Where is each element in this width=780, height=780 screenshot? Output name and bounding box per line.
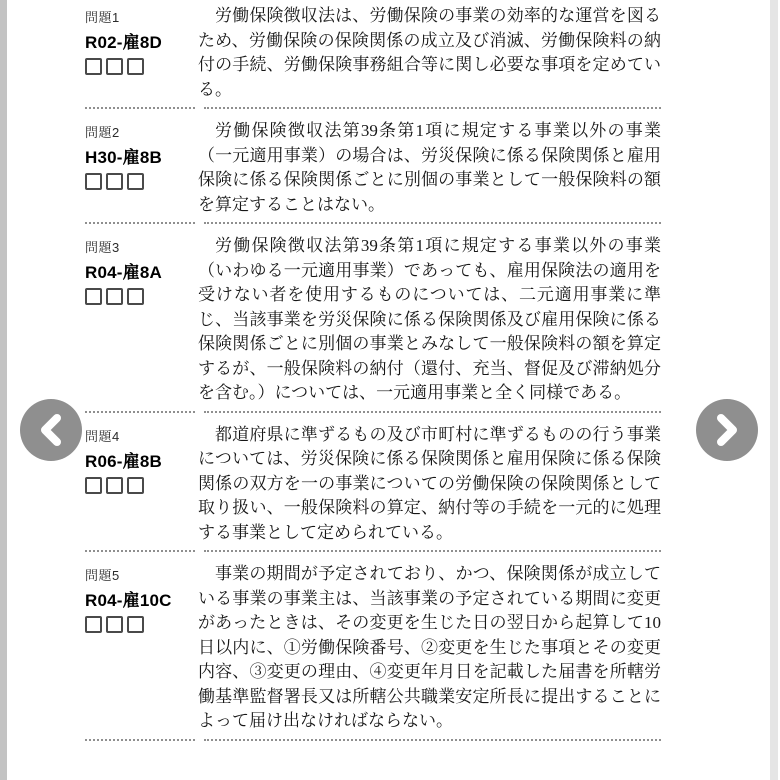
page-edge-left [0, 0, 7, 780]
dotted-separator [85, 107, 661, 110]
answer-checkbox[interactable] [127, 58, 144, 75]
next-page-button[interactable] [696, 399, 758, 461]
answer-checkbox[interactable] [127, 477, 144, 494]
answer-checkbox[interactable] [85, 288, 102, 305]
question-text: 労働保険徴収法第39条第1項に規定する事業以外の事業（一元適用事業）の場合は、労… [198, 119, 661, 217]
answer-checkbox-group [85, 173, 198, 190]
question-number-label: 問題4 [85, 426, 198, 445]
exam-code-label: R02-雇8D [85, 28, 198, 53]
question-number-label: 問題5 [85, 565, 198, 584]
question-meta: 問題4 R06-雇8B [85, 423, 198, 494]
question-block-3: 問題3 R04-雇8A 労働保険徴収法第39条第1項に規定する事業以外の事業（い… [85, 234, 661, 406]
dotted-separator [85, 739, 661, 742]
question-number-label: 問題3 [85, 237, 198, 256]
question-meta: 問題2 H30-雇8B [85, 119, 198, 190]
question-meta: 問題1 R02-雇8D [85, 4, 198, 75]
question-meta: 問題5 R04-雇10C [85, 562, 198, 633]
answer-checkbox[interactable] [106, 616, 123, 633]
page-edge-right [770, 0, 778, 780]
question-block-2: 問題2 H30-雇8B 労働保険徴収法第39条第1項に規定する事業以外の事業（一… [85, 119, 661, 217]
answer-checkbox[interactable] [127, 173, 144, 190]
question-number-label: 問題1 [85, 7, 198, 26]
exam-code-label: H30-雇8B [85, 143, 198, 168]
exam-code-label: R04-雇8A [85, 258, 198, 283]
dotted-separator [85, 222, 661, 225]
question-block-5: 問題5 R04-雇10C 事業の期間が予定されており、かつ、保険関係が成立してい… [85, 562, 661, 734]
question-number-label: 問題2 [85, 122, 198, 141]
question-text: 労働保険徴収法第39条第1項に規定する事業以外の事業（いわゆる一元適用事業）であ… [198, 234, 661, 406]
prev-page-button[interactable] [20, 399, 82, 461]
answer-checkbox[interactable] [127, 616, 144, 633]
question-text: 労働保険徴収法は、労働保険の事業の効率的な運営を図るため、労働保険の保険関係の成… [198, 4, 661, 102]
dotted-separator [85, 550, 661, 553]
answer-checkbox[interactable] [85, 173, 102, 190]
answer-checkbox-group [85, 616, 198, 633]
answer-checkbox-group [85, 288, 198, 305]
answer-checkbox[interactable] [106, 58, 123, 75]
answer-checkbox[interactable] [106, 477, 123, 494]
question-list: 問題1 R02-雇8D 労働保険徴収法は、労働保険の事業の効率的な運営を図るため… [85, 4, 661, 751]
question-block-1: 問題1 R02-雇8D 労働保険徴収法は、労働保険の事業の効率的な運営を図るため… [85, 4, 661, 102]
question-text: 都道府県に準ずるもの及び市町村に準ずるものの行う事業については、労災保険に係る保… [198, 423, 661, 546]
answer-checkbox[interactable] [106, 288, 123, 305]
answer-checkbox[interactable] [85, 616, 102, 633]
answer-checkbox[interactable] [85, 58, 102, 75]
exam-code-label: R06-雇8B [85, 447, 198, 472]
question-meta: 問題3 R04-雇8A [85, 234, 198, 305]
question-block-4: 問題4 R06-雇8B 都道府県に準ずるもの及び市町村に準ずるものの行う事業につ… [85, 423, 661, 546]
question-text: 事業の期間が予定されており、かつ、保険関係が成立している事業の事業主は、当該事業… [198, 562, 661, 734]
chevron-right-icon [714, 414, 740, 446]
answer-checkbox-group [85, 477, 198, 494]
answer-checkbox[interactable] [127, 288, 144, 305]
answer-checkbox[interactable] [106, 173, 123, 190]
answer-checkbox-group [85, 58, 198, 75]
answer-checkbox[interactable] [85, 477, 102, 494]
exam-code-label: R04-雇10C [85, 586, 198, 611]
dotted-separator [85, 411, 661, 414]
chevron-left-icon [38, 414, 64, 446]
